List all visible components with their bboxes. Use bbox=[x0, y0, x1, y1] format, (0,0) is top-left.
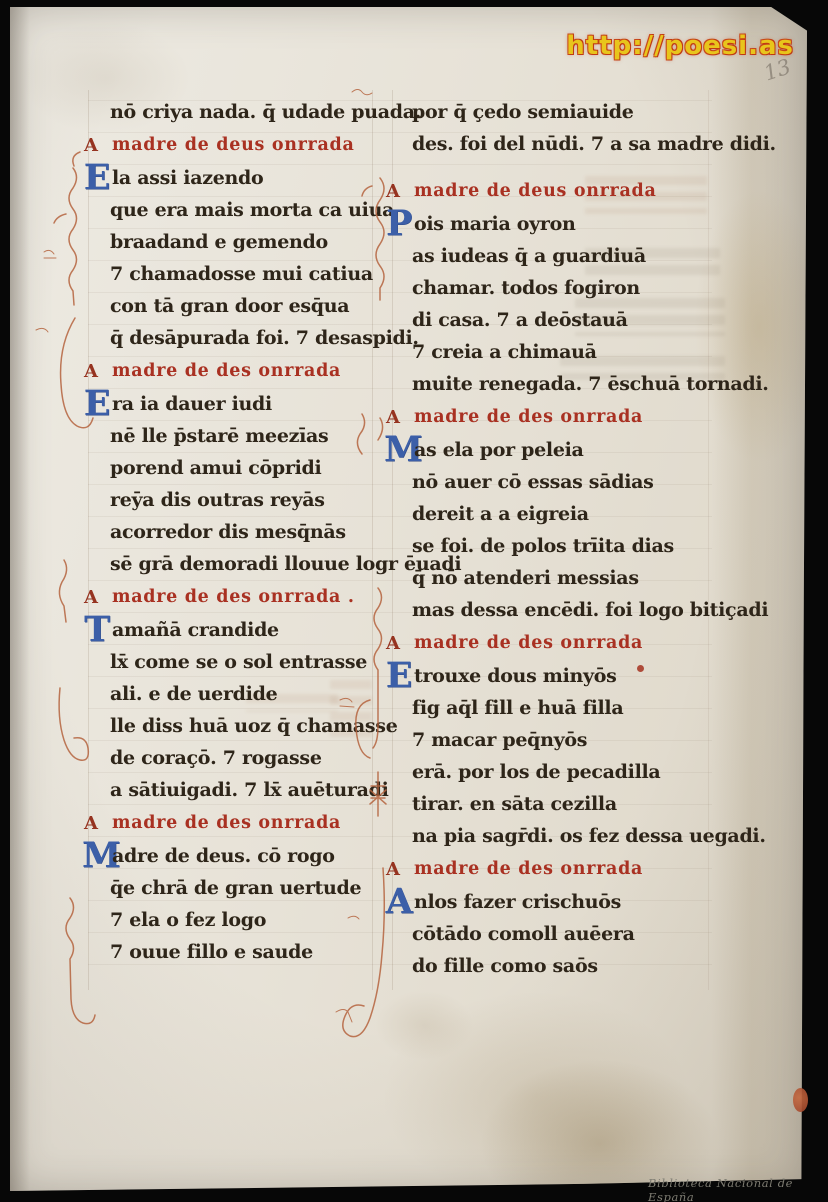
verse-text: do fille como saōs bbox=[412, 955, 598, 977]
verse-line: reȳa dis outras reyās bbox=[98, 484, 374, 516]
verse-text: por q̄ çedo semiauide bbox=[412, 101, 634, 123]
verse-text: a sātiuigadi. 7 lx̄ auēturadi bbox=[110, 779, 389, 801]
verse-text: q̄ desāpurada foi. 7 desaspidi. bbox=[110, 327, 419, 349]
illuminated-initial: M bbox=[82, 843, 112, 869]
verse-text: ali. e de uerdide bbox=[110, 683, 277, 705]
verse-line: porend amui cōpridi bbox=[98, 452, 374, 484]
verse-line: se foi. de polos trīita dias bbox=[400, 530, 712, 562]
verse-line: 7 chamadosse mui catiua bbox=[98, 258, 374, 290]
verse-line: lx̄ come se o sol entrasse bbox=[98, 646, 374, 678]
verse-text: ra ia dauer iudi bbox=[112, 393, 272, 415]
verse-text: nō criya nada. q̄ udade puada. bbox=[110, 101, 421, 123]
verse-text: de coraçō. 7 rogasse bbox=[110, 747, 322, 769]
verse-text: con tā gran door esq̄ua bbox=[110, 295, 349, 317]
text-column-right: por q̄ çedo semiauide des. foi del nūdi.… bbox=[400, 96, 712, 982]
manuscript-photo: nō criya nada. q̄ udade puada. Amadre de… bbox=[0, 0, 828, 1202]
verse-text: ois maria oyron bbox=[414, 213, 575, 235]
verse-line: tirar. en sāta cezilla bbox=[400, 788, 712, 820]
verse-line: por q̄ çedo semiauide bbox=[400, 96, 712, 128]
ink-spot bbox=[637, 665, 644, 672]
verse-text: di casa. 7 a deōstauā bbox=[412, 309, 628, 331]
verse-line: nō auer cō essas sādias bbox=[400, 466, 712, 498]
illuminated-initial: E bbox=[384, 663, 414, 689]
verse-line: do fille como saōs bbox=[400, 950, 712, 982]
verse-text: cōtādo comoll auēera bbox=[412, 923, 635, 945]
verse-line: Amadre de des onrrada bbox=[98, 807, 374, 839]
verse-text: nlos fazer crischuōs bbox=[414, 891, 621, 913]
verse-text: q̄e chrā de gran uertude bbox=[110, 877, 361, 899]
verse-text: reȳa dis outras reyās bbox=[110, 489, 325, 511]
verse-text: erā. por los de pecadilla bbox=[412, 761, 660, 783]
verse-text: mas dessa encēdi. foi logo bitiçadi bbox=[412, 599, 768, 621]
verse-line: Ela assi iazendo bbox=[98, 162, 374, 194]
verse-text: as ela por peleia bbox=[414, 439, 584, 461]
verse-text: madre de des onrrada bbox=[414, 859, 643, 879]
verse-line: na pia sagr̄di. os fez dessa uegadi. bbox=[400, 820, 712, 852]
illuminated-initial: E bbox=[82, 391, 112, 417]
verse-line: Madre de deus. cō rogo bbox=[98, 840, 374, 872]
verse-text: lle diss huā uoz q̄ chamasse bbox=[110, 715, 398, 737]
verse-text: se foi. de polos trīita dias bbox=[412, 535, 674, 557]
illuminated-initial: A bbox=[384, 889, 414, 915]
verse-text: madre de des onrrada bbox=[112, 813, 341, 833]
verse-text: des. foi del nūdi. 7 a sa madre didi. bbox=[412, 133, 776, 155]
verse-text: porend amui cōpridi bbox=[110, 457, 321, 479]
verse-line: Amadre de des onrrada bbox=[400, 627, 712, 659]
verse-text: trouxe dous minyōs bbox=[414, 665, 617, 687]
verse-text: madre de des onrrada bbox=[414, 407, 643, 427]
illuminated-initial: M bbox=[384, 437, 414, 463]
verse-line: Anlos fazer crischuōs bbox=[400, 886, 712, 918]
verse-text: amañā crandide bbox=[112, 619, 279, 641]
verse-text: madre de deus onrrada bbox=[414, 181, 657, 201]
verse-text: chamar. todos fogiron bbox=[412, 277, 640, 299]
verse-text: adre de deus. cō rogo bbox=[112, 845, 335, 867]
verse-text: 7 ouue fillo e saude bbox=[110, 941, 313, 963]
verse-text: lx̄ come se o sol entrasse bbox=[110, 651, 367, 673]
verse-line: ali. e de uerdide bbox=[98, 678, 374, 710]
verse-text: madre de des onrrada bbox=[112, 361, 341, 381]
verse-line: con tā gran door esq̄ua bbox=[98, 290, 374, 322]
verse-line: Amadre de des onrrada bbox=[400, 853, 712, 885]
verse-line: lle diss huā uoz q̄ chamasse bbox=[98, 710, 374, 742]
verse-line: Etrouxe dous minyōs bbox=[400, 660, 712, 692]
verse-line: Amadre de deus onrrada bbox=[98, 129, 374, 161]
verse-line: Amadre de des onrrada bbox=[400, 401, 712, 433]
verse-line: Tamañā crandide bbox=[98, 614, 374, 646]
verse-text: q̄ nō atenderi messias bbox=[412, 567, 639, 589]
verse-text: madre de des onrrada . bbox=[112, 587, 355, 607]
verse-line: nō criya nada. q̄ udade puada. bbox=[98, 96, 374, 128]
illuminated-initial: T bbox=[82, 617, 112, 643]
text-column-left: nō criya nada. q̄ udade puada. Amadre de… bbox=[98, 96, 374, 968]
verse-line: 7 creia a chimauā bbox=[400, 336, 712, 368]
verse-line: q̄ nō atenderi messias bbox=[400, 562, 712, 594]
watermark-url: http://poesi.as bbox=[566, 31, 794, 61]
verse-line: muite renegada. 7 ēschuā tornadi. bbox=[400, 368, 712, 400]
verse-line: a sātiuigadi. 7 lx̄ auēturadi bbox=[98, 774, 374, 806]
verse-line: acorredor dis mesq̄nās bbox=[98, 516, 374, 548]
verse-line: nē lle p̄starē meezīas bbox=[98, 420, 374, 452]
verse-text: madre de des onrrada bbox=[414, 633, 643, 653]
verse-text: madre de deus onrrada bbox=[112, 135, 355, 155]
verse-text: as iudeas q̄ a guardiuā bbox=[412, 245, 646, 267]
verse-line: di casa. 7 a deōstauā bbox=[400, 304, 712, 336]
verse-text: que era mais morta ca uiua bbox=[110, 199, 394, 221]
verse-text: na pia sagr̄di. os fez dessa uegadi. bbox=[412, 825, 766, 847]
verse-line: des. foi del nūdi. 7 a sa madre didi. bbox=[400, 128, 712, 160]
verse-text: dereit a a eigreia bbox=[412, 503, 589, 525]
verse-text: la assi iazendo bbox=[112, 167, 263, 189]
verse-line: sē grā demoradi llouue logr ēuadi bbox=[98, 548, 374, 580]
verse-line: 7 ouue fillo e saude bbox=[98, 936, 374, 968]
verse-line: Pois maria oyron bbox=[400, 208, 712, 240]
library-credit: Biblioteca Nacional de España bbox=[648, 1176, 828, 1202]
verse-line: mas dessa encēdi. foi logo bitiçadi bbox=[400, 594, 712, 626]
verse-text: acorredor dis mesq̄nās bbox=[110, 521, 346, 543]
wax-stain bbox=[793, 1088, 808, 1112]
verse-text: braadand e gemendo bbox=[110, 231, 328, 253]
verse-line: q̄ desāpurada foi. 7 desaspidi. bbox=[98, 322, 374, 354]
verse-line: cōtādo comoll auēera bbox=[400, 918, 712, 950]
illuminated-initial: E bbox=[82, 165, 112, 191]
verse-line: que era mais morta ca uiua bbox=[98, 194, 374, 226]
verse-text: fig aq̄l fill e huā filla bbox=[412, 697, 623, 719]
verse-text: muite renegada. 7 ēschuā tornadi. bbox=[412, 373, 769, 395]
verse-line: Mas ela por peleia bbox=[400, 434, 712, 466]
verse-line: dereit a a eigreia bbox=[400, 498, 712, 530]
verse-text: 7 chamadosse mui catiua bbox=[110, 263, 373, 285]
verse-line: as iudeas q̄ a guardiuā bbox=[400, 240, 712, 272]
verse-line: braadand e gemendo bbox=[98, 226, 374, 258]
verse-line: erā. por los de pecadilla bbox=[400, 756, 712, 788]
verse-text: nō auer cō essas sādias bbox=[412, 471, 654, 493]
verse-line: de coraçō. 7 rogasse bbox=[98, 742, 374, 774]
verse-text: tirar. en sāta cezilla bbox=[412, 793, 617, 815]
verse-line: q̄e chrā de gran uertude bbox=[98, 872, 374, 904]
verse-line: 7 macar peq̄nyōs bbox=[400, 724, 712, 756]
verse-line: chamar. todos fogiron bbox=[400, 272, 712, 304]
illuminated-initial: P bbox=[384, 211, 414, 237]
verse-text: 7 creia a chimauā bbox=[412, 341, 597, 363]
verse-line: Amadre de des onrrada . bbox=[98, 581, 374, 613]
verse-text: 7 ela o fez logo bbox=[110, 909, 266, 931]
verse-line: fig aq̄l fill e huā filla bbox=[400, 692, 712, 724]
verse-line: Era ia dauer iudi bbox=[98, 388, 374, 420]
verse-text: nē lle p̄starē meezīas bbox=[110, 425, 328, 447]
verse-line: Amadre de des onrrada bbox=[98, 355, 374, 387]
verse-text: 7 macar peq̄nyōs bbox=[412, 729, 587, 751]
verse-line: Amadre de deus onrrada bbox=[400, 175, 712, 207]
verse-line: 7 ela o fez logo bbox=[98, 904, 374, 936]
